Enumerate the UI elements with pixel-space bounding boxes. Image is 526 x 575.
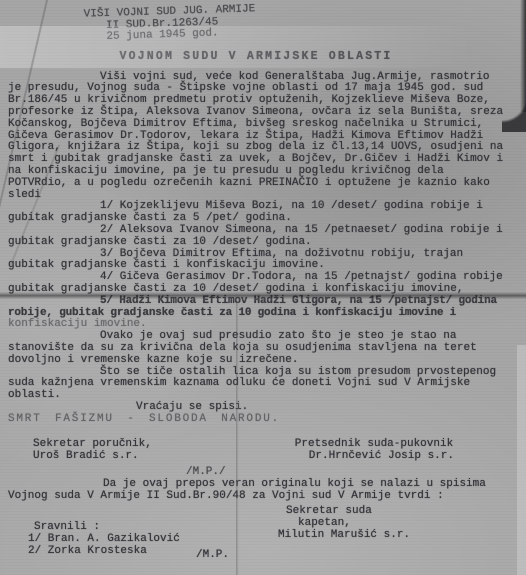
other-persons-paragraph: Što se tiče ostalih lica koja su istom p… [8, 367, 504, 402]
document-title: VOJNOM SUDU V ARMIJSKE OBLASTI [8, 51, 504, 63]
verifier-2: 2/ Zorka Krosteska [28, 546, 180, 558]
signature-row: Sekretar poručnik, Uroš Bradić s.r. Pret… [8, 439, 504, 463]
seal-mark-2: /M.P. [196, 550, 229, 562]
scanned-court-document: VIŠI VOJNI SUD JUG. ARMIJE II SUD.Br.126… [0, 0, 526, 575]
reasoning-paragraph: Ovako je ovaj sud presudio zato što je s… [8, 331, 504, 366]
president-signature-block: Pretsednik suda-pukovnik Dr.Hrnčević Jos… [295, 439, 454, 463]
secretary-name: Uroš Bradić s.r. [33, 451, 152, 463]
intro-paragraph: Viši vojni sud, veće kod Generalštaba Ju… [8, 72, 504, 202]
secretary-signature-block: Sekretar poručnik, Uroš Bradić s.r. [33, 439, 152, 463]
bottom-signature-area: Sekretar suda kapetan, Milutin Marušić s… [8, 504, 504, 575]
court-secretary-block: Sekretar suda kapetan, Milutin Marušić s… [278, 506, 410, 541]
sentence-item-1: 1/ Kojzeklijevu Miševa Bozi, na 10 /dese… [8, 201, 504, 225]
seal-mark: /M.P./ [186, 467, 504, 479]
president-name: Dr.Hrnčević Josip s.r. [295, 451, 454, 463]
slogan-line: SMRT FAŠIZMU - SLOBODA NARODU. [8, 414, 504, 426]
sentence-item-2: 2/ Aleksova Ivanov Simeona, na 15 /petna… [8, 225, 504, 249]
return-files-line: Vraćaju se spisi. [136, 402, 504, 414]
court-letterhead: VIŠI VOJNI SUD JUG. ARMIJE II SUD.Br.126… [84, 0, 505, 44]
sentence-item-3: 3/ Bojčeva Dimitrov Eftima, na doživotnu… [8, 249, 504, 273]
sentence-item-4: 4/ Gičeva Gerasimov Dr.Todora, na 15 /pe… [8, 272, 504, 296]
certification-paragraph: Da je ovaj prepos veran originalu koji s… [8, 479, 504, 503]
court-secretary-name: Milutin Marušić s.r. [278, 530, 410, 542]
fold-overlap-line: konfiskaciju imovine. [8, 319, 504, 331]
verifiers-block: Sravnili : 1/ Bran. A. Gazikalović 2/ Zo… [28, 522, 180, 557]
sentence-item-5: 5/ Hadži Kimova Eftimov Hadži Gligora, n… [8, 296, 504, 320]
